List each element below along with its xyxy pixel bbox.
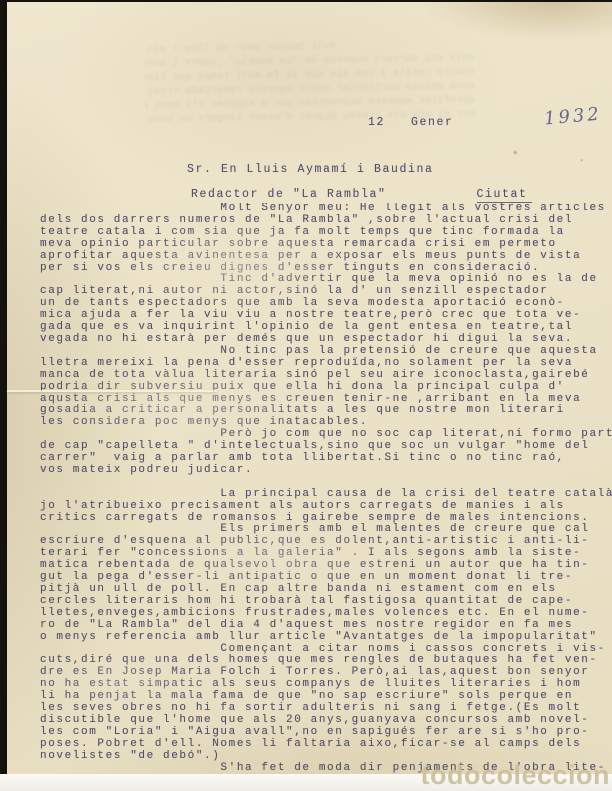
recipient-role: Redactor de "La Rambla" [191, 188, 387, 201]
handwritten-year: 1932 [543, 104, 602, 130]
watermark-text: todocoleccion [420, 760, 610, 791]
bleedthrough-ghost-text: Molt Senyor meu: He llegit als vostres a… [144, 37, 475, 127]
typed-date: 12Gener [368, 116, 454, 129]
recipient-city: Ciutat [477, 188, 532, 203]
date-month: Gener [411, 116, 454, 129]
scanned-letter-frame: Molt Senyor meu: He llegit als vostres a… [0, 0, 612, 791]
letter-body: Molt Senyor meu: He llegit als vostres a… [40, 203, 612, 774]
paper-crease-line [7, 390, 217, 392]
date-day: 12 [368, 116, 385, 129]
paper-sheet: Molt Senyor meu: He llegit als vostres a… [7, 2, 612, 774]
